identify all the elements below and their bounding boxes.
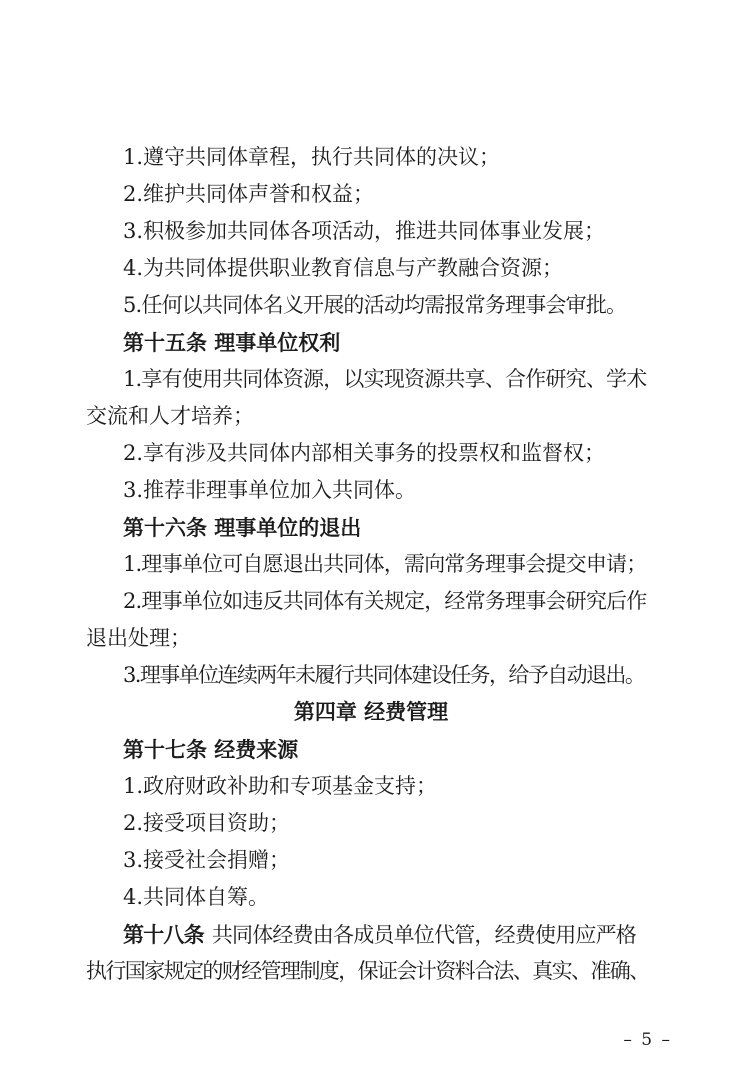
list-item-line: 1.享有使用共同体资源，以实现资源共享、合作研究、学术 bbox=[86, 361, 656, 398]
article-number: 第十八条 bbox=[123, 922, 204, 947]
article-heading: 第十五条 理事单位权利 bbox=[86, 324, 656, 361]
list-item-line: 4.为共同体提供职业教育信息与产教融合资源； bbox=[86, 250, 656, 287]
paragraph-line: 交流和人才培养； bbox=[86, 398, 656, 435]
paragraph-line: 退出处理； bbox=[86, 620, 656, 657]
list-item-line: 2.维护共同体声誉和权益； bbox=[86, 176, 656, 213]
list-item-line: 4.共同体自筹。 bbox=[86, 879, 656, 916]
list-item-line: 第十八条共同体经费由各成员单位代管，经费使用应严格 bbox=[86, 916, 656, 953]
chapter-heading: 第四章 经费管理 bbox=[86, 694, 656, 731]
document-body: 1.遵守共同体章程，执行共同体的决议；2.维护共同体声誉和权益；3.积极参加共同… bbox=[86, 139, 656, 990]
list-item-line: 3.积极参加共同体各项活动，推进共同体事业发展； bbox=[86, 213, 656, 250]
list-item-line: 2.接受项目资助； bbox=[86, 805, 656, 842]
list-item-line: 1.政府财政补助和专项基金支持； bbox=[86, 768, 656, 805]
list-item-line: 1.遵守共同体章程，执行共同体的决议； bbox=[86, 139, 656, 176]
list-item-line: 2.享有涉及共同体内部相关事务的投票权和监督权； bbox=[86, 435, 656, 472]
article-body-text: 共同体经费由各成员单位代管，经费使用应严格 bbox=[212, 923, 636, 947]
list-item-line: 1.理事单位可自愿退出共同体，需向常务理事会提交申请； bbox=[86, 546, 656, 583]
list-item-line: 3.理事单位连续两年未履行共同体建设任务，给予自动退出。 bbox=[86, 657, 656, 694]
list-item-line: 2.理事单位如违反共同体有关规定，经常务理事会研究后作 bbox=[86, 583, 656, 620]
document-page: 1.遵守共同体章程，执行共同体的决议；2.维护共同体声誉和权益；3.积极参加共同… bbox=[0, 0, 736, 1082]
list-item-line: 3.接受社会捐赠； bbox=[86, 842, 656, 879]
page-number: – 5 – bbox=[623, 1030, 672, 1050]
paragraph-line: 执行国家规定的财经管理制度，保证会计资料合法、真实、准确、 bbox=[86, 953, 656, 990]
list-item-line: 3.推荐非理事单位加入共同体。 bbox=[86, 472, 656, 509]
article-heading: 第十七条 经费来源 bbox=[86, 731, 656, 768]
article-heading: 第十六条 理事单位的退出 bbox=[86, 509, 656, 546]
list-item-line: 5.任何以共同体名义开展的活动均需报常务理事会审批。 bbox=[86, 287, 656, 324]
